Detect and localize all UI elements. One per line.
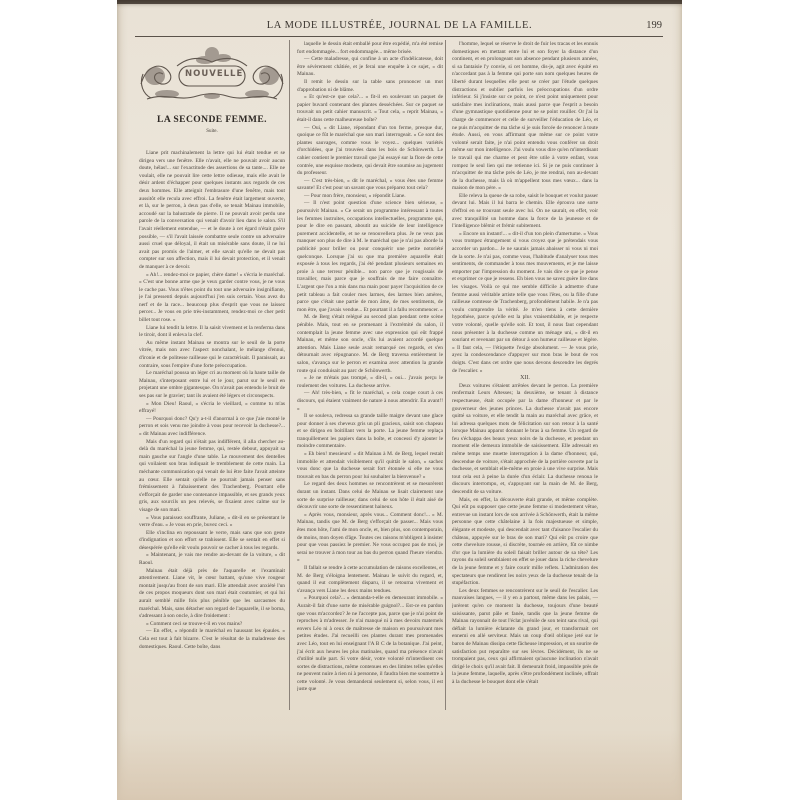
paragraph: « Eh bien! messieurs! » dit Mainau à M. … [297, 451, 443, 481]
paragraph: « Après vous, monsieur, après vous... Co… [297, 512, 443, 565]
ornamental-cherub-vignette-icon: NOUVELLE [137, 44, 287, 106]
paragraph: Liane prit machinalement la lettre qui l… [139, 150, 285, 272]
paragraph: Elle releva la queue de sa robe, saisit … [452, 193, 598, 231]
running-head-title: LA MODE ILLUSTRÉE, JOURNAL DE LA FAMILLE… [117, 20, 682, 31]
story-title: LA SECONDE FEMME. [139, 114, 285, 125]
page-top-edge-shadow [117, 0, 682, 4]
paragraph: « Mon Dieu! Raoul, » s'écria le vieillar… [139, 401, 285, 416]
vignette-label: NOUVELLE [185, 69, 243, 79]
paragraph: « Encore un instant!... » dit-il d'un to… [452, 231, 598, 375]
paragraph: Elle s'inclina en repoussant le verre, m… [139, 530, 285, 553]
paragraph: Il se souleva, redressa sa grande taille… [297, 413, 443, 451]
paragraph: laquelle le dessin était emballé pour êt… [297, 41, 443, 56]
column-divider [289, 40, 290, 710]
paragraph: Les deux femmes se rencontrèrent sur le … [452, 588, 598, 687]
paragraph: l'homme, lequel se réserve le droit de f… [452, 41, 598, 193]
paragraph: — Ah! très-bien, » fit le maréchal, « ce… [297, 390, 443, 413]
paragraph: Il remit le dessin sur la table sans pro… [297, 79, 443, 94]
story-subtitle: Suite. [139, 129, 285, 134]
paragraph: « Je ne m'étais pas trompé, » dit-il, « … [297, 375, 443, 390]
paragraph: Le maréchal poussa un léger cri au momen… [139, 370, 285, 400]
paragraph: M. de Berg s'était relégué au second pla… [297, 314, 443, 375]
paragraph: « Et qu'est-ce que cela?... » fit-il en … [297, 94, 443, 124]
text-column-3: l'homme, lequel se réserve le droit de f… [452, 41, 598, 706]
paragraph: Mais, en effet, la découverte était gran… [452, 497, 598, 588]
newspaper-page: LA MODE ILLUSTRÉE, JOURNAL DE LA FAMILLE… [117, 0, 682, 800]
paragraph: Mais d'un regard qui n'était pas indiffé… [139, 439, 285, 515]
paragraph: — Cette maladresse, qui confine à un act… [297, 56, 443, 79]
page-number: 199 [646, 20, 662, 31]
paragraph: — Oui, » dit Liane, répondant d'un ton f… [297, 125, 443, 178]
paragraph: Deux voitures s'étaient arrêtées devant … [452, 383, 598, 497]
paragraph: — Il n'est point question d'une science … [297, 200, 443, 314]
paragraph: « Vous paraissez souffrante, Juliane, » … [139, 515, 285, 530]
paragraph: Mainau était déjà près de l'aquarelle et… [139, 568, 285, 621]
paragraph: Le regard des deux hommes se rencontrère… [297, 481, 443, 511]
paragraph: « Maintenant, je vais me rendre au-devan… [139, 552, 285, 567]
paragraph: — C'est très-bien, » dit le maréchal, « … [297, 178, 443, 193]
text-column-1: Liane prit machinalement la lettre qui l… [139, 150, 285, 705]
paragraph: — Pour mon frère, monsieur, » répondit L… [297, 193, 443, 201]
paragraph: « Pourquoi cela?... » demanda-t-elle en … [297, 595, 443, 694]
section-number: XII. [452, 375, 598, 383]
text-column-2: laquelle le dessin était emballé pour êt… [297, 41, 443, 706]
paragraph: Liane lui tendit la lettre. Il la saisit… [139, 325, 285, 340]
paragraph: Au même instant Mainau se montra sur le … [139, 340, 285, 370]
paragraph: — Pourquoi donc? Qu'y a-t-il d'anormal à… [139, 416, 285, 439]
paragraph: « Ah!... rendez-moi ce papier, chère dam… [139, 272, 285, 325]
paragraph: — En effet, » répondit le maréchal en ha… [139, 628, 285, 651]
column-divider [445, 40, 446, 710]
paragraph: Il fallait se rendre à cette accumulatio… [297, 565, 443, 595]
header-rule [135, 36, 663, 37]
